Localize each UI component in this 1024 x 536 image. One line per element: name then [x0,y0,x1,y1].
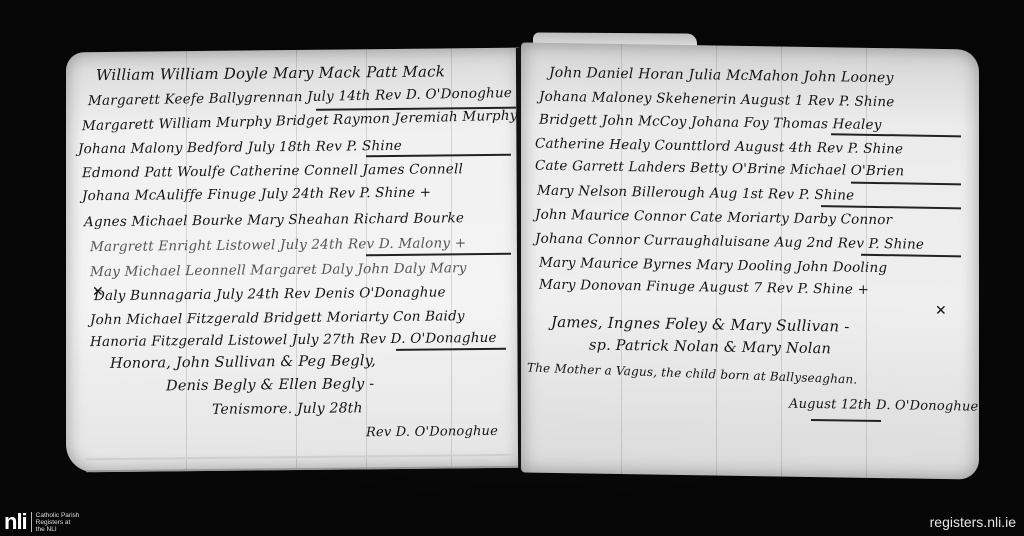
entry-line: Denis Begly & Ellen Begly - [166,376,374,394]
entry-line: Mary Donovan Finuge August 7 Rev P. Shin… [539,277,869,298]
entry-line: William William Doyle Mary Mack Patt Mac… [96,62,445,84]
entry-divider [821,205,961,209]
cross-mark-icon: ✕ [935,303,947,319]
caption-line: Catholic Parish [36,512,80,519]
entry-line: Johana Malony Bedford July 18th Rev P. S… [78,138,402,157]
entry-divider [366,253,511,256]
entry-date-signature: August 12th D. O'Donoghue [789,397,978,415]
entry-line: Johana McAuliffe Finuge July 24th Rev P.… [82,185,431,205]
entry-line: Daly Bunnagaria July 24th Rev Denis O'Do… [94,284,446,304]
caption-line: Registers at [36,519,71,526]
entry-line: Hanoria Fitzgerald Listowel July 27th Re… [90,330,497,350]
logo-caption: Catholic Parish Registers at the NLI [36,512,80,533]
caption-line: the NLI [36,526,57,533]
entry-line: John Daniel Horan Julia McMahon John Loo… [549,65,894,86]
site-url-watermark: registers.nli.ie [930,514,1016,530]
entry-line: Mary Nelson Billerough Aug 1st Rev P. Sh… [537,183,854,204]
entry-line: Mary Maurice Byrnes Mary Dooling John Do… [539,255,887,276]
entry-line: Catherine Healy Counttlord August 4th Re… [535,136,903,158]
entry-line: John Maurice Connor Cate Moriarty Darby … [535,207,892,229]
entry-divider [811,419,881,422]
entry-line: Bridgett John McCoy Johana Foy Thomas He… [539,112,882,133]
nli-logo: nli [4,511,27,533]
entry-line: Honora, John Sullivan & Peg Begly, [110,353,376,372]
entry-line: Edmond Patt Woulfe Catherine Connell Jam… [82,161,463,181]
entry-line: May Michael Leonnell Margaret Daly John … [90,260,467,280]
entry-line: Margarett William Murphy Bridget Raymon … [82,108,518,135]
entry-divider [861,254,961,257]
entry-divider [366,154,511,157]
entry-line: sp. Patrick Nolan & Mary Nolan [589,337,831,357]
entry-line: Margrett Enright Listowel July 24th Rev … [90,235,466,255]
entry-line: Cate Garrett Lahders Betty O'Brine Micha… [535,158,904,180]
register-left-page: William William Doyle Mary Mack Patt Mac… [66,48,522,473]
entry-line: Tenismore. July 28th [212,400,363,418]
entry-line: James, Ingnes Foley & Mary Sullivan - [551,313,850,336]
entry-divider [851,182,961,185]
ruled-column [186,51,187,471]
logo-divider [31,512,32,532]
entry-note: The Mother a Vagus, the child born at Ba… [527,361,858,387]
image-viewer[interactable]: William William Doyle Mary Mack Patt Mac… [0,0,1024,536]
entry-line: John Michael Fitzgerald Bridgett Moriart… [90,308,465,328]
nli-branding: nli Catholic Parish Registers at the NLI [4,510,80,534]
signature: Rev D. O'Donoghue [366,424,498,440]
entry-line: Johana Maloney Skehenerin August 1 Rev P… [539,89,894,111]
entry-line: Agnes Michael Bourke Mary Sheahan Richar… [84,210,464,230]
entry-divider [831,133,961,137]
register-right-page: John Daniel Horan Julia McMahon John Loo… [521,42,979,479]
entry-line: Margarett Keefe Ballygrennan July 14th R… [88,85,512,109]
